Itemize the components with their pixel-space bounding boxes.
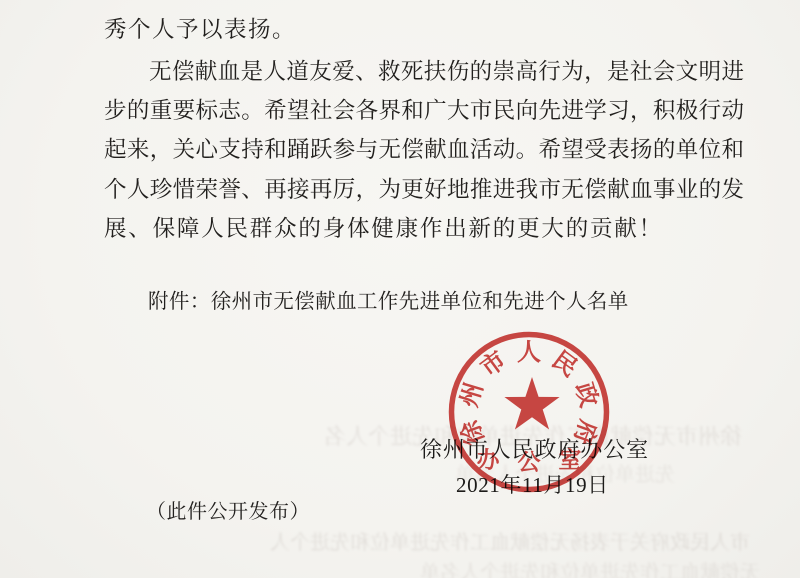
seal-bottom-char: 室 — [559, 447, 582, 473]
publish-note: （此件公开发布） — [146, 498, 310, 526]
body-line: 秀个人予以表扬。 — [104, 15, 744, 45]
seal-bottom-char: 公 — [518, 450, 541, 475]
seal-star-icon — [504, 377, 559, 430]
seal-arc-char: 政 — [570, 380, 603, 411]
body-line: 无偿献血是人道友爱、救死扶伤的崇高行为，是社会文明进 — [104, 57, 744, 87]
bleed-through-line: 无偿献血工作先进单位和先进个人名单 — [215, 556, 760, 578]
body-line: 展、保障人民群众的身体健康作出新的更大的贡献！ — [104, 214, 744, 244]
scanned-document-page: 徐州市无偿献血工作先进单位和先进个人名 先进单位和先进个人名单 市人民政府关于表… — [0, 0, 800, 578]
attachment-line: 附件：徐州市无偿献血工作先进单位和先进个人名单 — [148, 288, 629, 316]
seal-arc-char: 州 — [456, 380, 489, 411]
bleed-through-line: 市人民政府关于表扬无偿献血工作先进单位和先进个人 — [88, 526, 750, 555]
seal-arc-char: 人 — [517, 339, 541, 366]
body-line: 起来，关心支持和踊跃参与无偿献血活动。希望受表扬的单位和 — [104, 135, 744, 165]
body-line: 步的重要标志。希望社会各界和广大市民向先进学习，积极行动 — [104, 96, 744, 126]
body-line: 个人珍惜荣誉、再接再厉，为更好地推进我市无偿献血事业的发 — [104, 175, 744, 205]
official-seal-stamp-icon: 徐 州 市 人 民 政 府 办 公 室 — [446, 329, 612, 495]
seal-bottom-char: 办 — [477, 448, 501, 473]
